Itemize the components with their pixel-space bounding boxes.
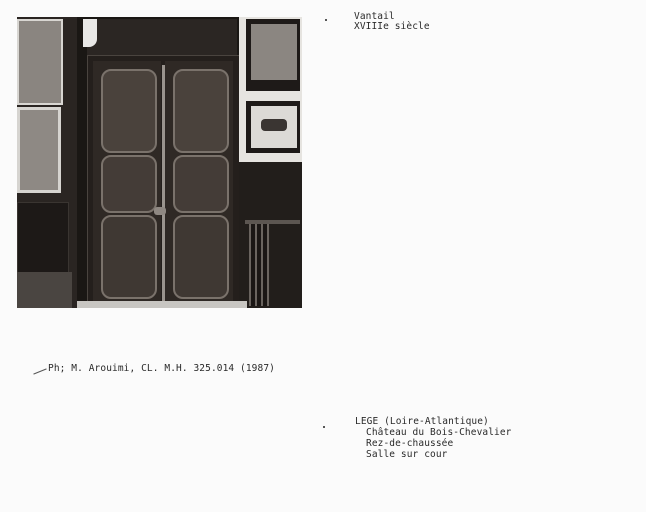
- object-period: XVIIIe siècle: [354, 21, 430, 33]
- left-wainscot: [17, 202, 69, 279]
- door-cornice: [87, 19, 237, 55]
- door-handle: [154, 207, 166, 215]
- espagnolette-rod: [162, 65, 165, 301]
- panel-r2: [173, 155, 229, 213]
- panel-r1: [173, 69, 229, 153]
- wall-highlight: [83, 19, 97, 47]
- panel-l3: [101, 215, 157, 299]
- panel-l2: [101, 155, 157, 213]
- horse-scene: [261, 119, 287, 131]
- bullet-top: [325, 19, 327, 21]
- location-commune: LEGE (Loire-Atlantique): [355, 416, 489, 428]
- tick-mark: [33, 368, 46, 374]
- panel-r3: [173, 215, 229, 299]
- floor-strip: [77, 301, 247, 308]
- left-table: [17, 272, 72, 308]
- panel-l1: [101, 69, 157, 153]
- bullet-location: [323, 426, 325, 428]
- side-table-legs: [249, 224, 269, 306]
- photograph: [17, 17, 302, 308]
- left-frame-top: [17, 19, 63, 105]
- location-building: Château du Bois-Chevalier: [366, 427, 512, 439]
- left-frame-bottom: [17, 107, 61, 193]
- picture-top-image: [251, 24, 297, 80]
- location-room: Salle sur cour: [366, 449, 447, 461]
- location-floor: Rez-de-chaussée: [366, 438, 453, 450]
- photo-credit: Ph; M. Arouimi, CL. M.H. 325.014 (1987): [48, 363, 275, 375]
